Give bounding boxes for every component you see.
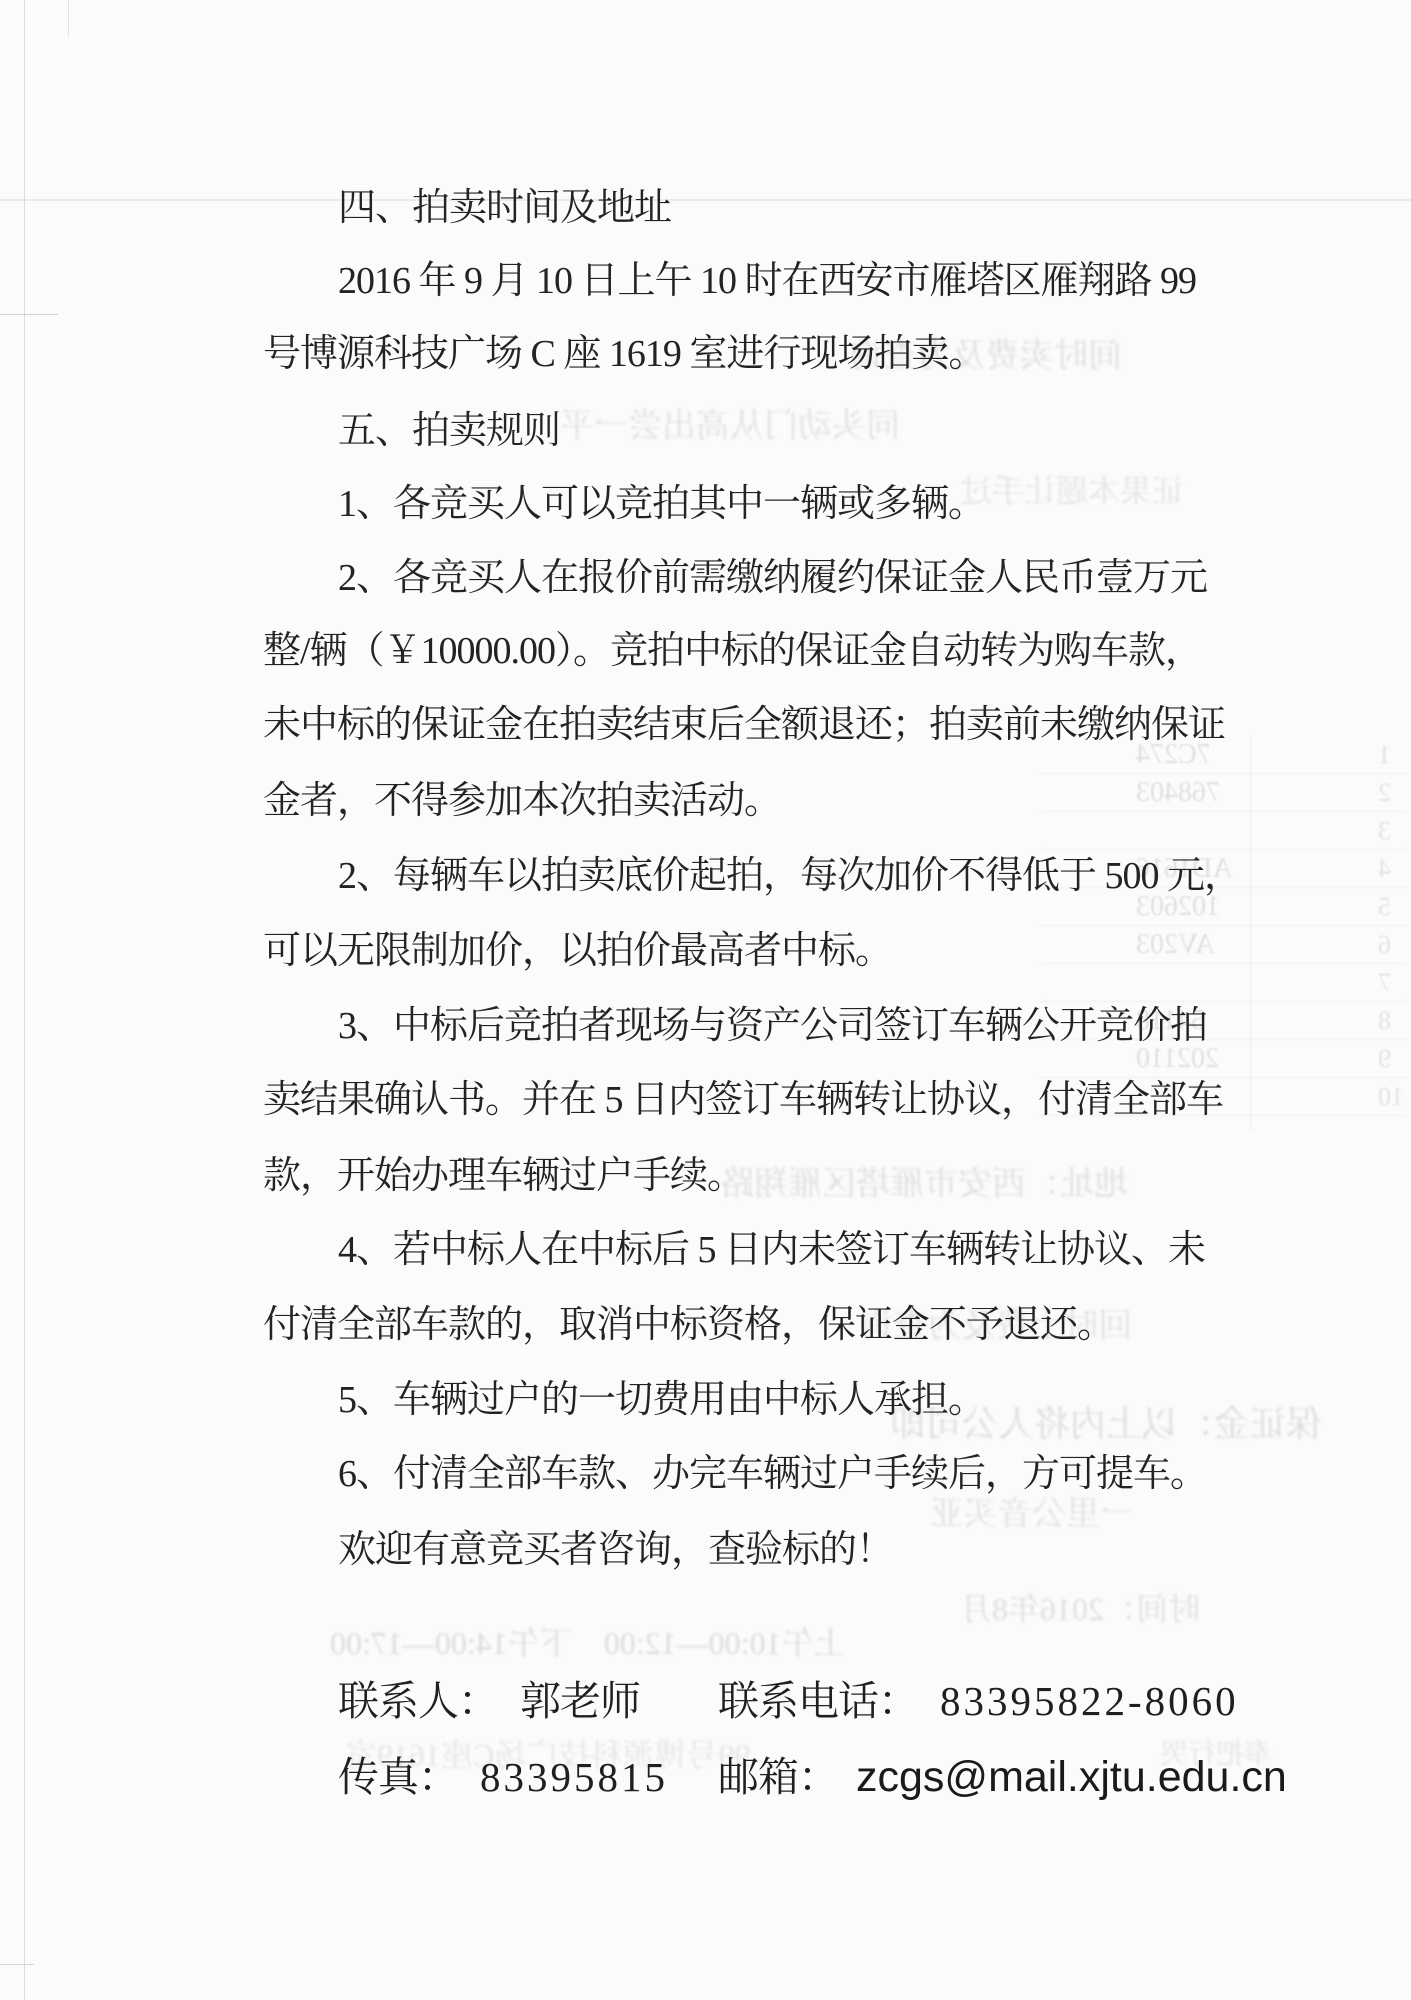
bleed-through-table-index: 10 bbox=[1378, 1082, 1404, 1112]
contact-person-value: 郭老师 bbox=[520, 1678, 640, 1724]
contact-person-label: 联系人： bbox=[338, 1678, 498, 1724]
contact-phone: 联系电话：83395822-8060 bbox=[718, 1668, 1239, 1727]
bleed-through-text: 地址：西安市雁塔区雁翔路 bbox=[720, 1156, 1128, 1205]
bleed-through-text: 上午10:00—12:00 下午14:00—17:00 bbox=[330, 1618, 846, 1664]
contact-fax: 传真：83395815 bbox=[338, 1744, 668, 1803]
text-line: 5、车辆过户的一切费用由中标人承担。 bbox=[338, 1379, 985, 1422]
scan-horizontal-mark bbox=[0, 1964, 34, 1965]
text-line: 2、每辆车以拍卖底价起拍，每次加价不得低于 500 元， bbox=[338, 855, 1241, 898]
bleed-through-table-index: 6 bbox=[1378, 930, 1391, 960]
scanned-document-page: 间时卖费及为查询同头动门从高出尝一平证果本题让手过地址：西安市雁塔区雁翔路回时土… bbox=[0, 0, 1411, 2000]
text-line: 未中标的保证金在拍卖结束后全额退还；拍卖前未缴纳保证 bbox=[263, 704, 1225, 747]
bleed-through-table-index: 3 bbox=[1378, 816, 1391, 846]
text-line: 号博源科技广场 C 座 1619 室进行现场拍卖。 bbox=[263, 333, 985, 376]
contact-email: 邮箱：zcgs@mail.xjtu.edu.cn bbox=[718, 1744, 1287, 1803]
text-line: 整/辆（￥10000.00）。竞拍中标的保证金自动转为购车款， bbox=[263, 630, 1202, 673]
contact-phone-value: 83395822-8060 bbox=[940, 1678, 1239, 1724]
text-line: 3、中标后竞拍者现场与资产公司签订车辆公开竞价拍 bbox=[338, 1005, 1207, 1048]
contact-fax-value: 83395815 bbox=[480, 1754, 668, 1800]
text-line: 款，开始办理车辆过户手续。 bbox=[263, 1155, 744, 1198]
bleed-through-table-index: 2 bbox=[1378, 778, 1391, 808]
text-line: 2、各竞买人在报价前需缴纳履约保证金人民币壹万元 bbox=[338, 557, 1207, 600]
contact-phone-label: 联系电话： bbox=[718, 1678, 918, 1724]
text-line: 五、拍卖规则 bbox=[338, 410, 560, 453]
text-line: 1、各竞买人可以竞拍其中一辆或多辆。 bbox=[338, 483, 985, 526]
bleed-through-table-index: 7 bbox=[1378, 968, 1391, 998]
scan-horizontal-streak bbox=[0, 199, 1411, 201]
bleed-through-table-index: 1 bbox=[1378, 740, 1391, 770]
bleed-through-table-index: 9 bbox=[1378, 1044, 1391, 1074]
text-line: 金者，不得参加本次拍卖活动。 bbox=[263, 780, 781, 823]
text-line: 6、付清全部车款、办完车辆过户手续后，方可提车。 bbox=[338, 1453, 1207, 1496]
bleed-through-text: 同头动门从高出尝一平 bbox=[560, 398, 900, 447]
contact-person: 联系人：郭老师 bbox=[338, 1668, 640, 1727]
text-line: 付清全部车款的，取消中标资格，保证金不予退还。 bbox=[263, 1304, 1114, 1347]
bleed-through-table-row: AV2036 bbox=[1040, 925, 1408, 964]
text-line: 欢迎有意竞买者咨询，查验标的！ bbox=[338, 1529, 893, 1572]
bleed-through-table-index: 4 bbox=[1378, 854, 1391, 884]
bleed-through-table: 7C274176840323AD161641026035AV2036754118… bbox=[1040, 735, 1408, 1131]
bleed-through-text: 证果本题让手过 bbox=[960, 466, 1184, 512]
bleed-through-table-code: AV203 bbox=[1136, 929, 1215, 961]
bleed-through-table-row: 7 bbox=[1040, 963, 1408, 1002]
text-line: 四、拍卖时间及地址 bbox=[338, 187, 671, 230]
text-line: 可以无限制加价，以拍价最高者中标。 bbox=[263, 930, 892, 973]
scan-horizontal-mark bbox=[0, 314, 58, 315]
bleed-through-table-index: 8 bbox=[1378, 1006, 1391, 1036]
bleed-through-table-row: 7684032 bbox=[1040, 773, 1408, 812]
bleed-through-table-index: 5 bbox=[1378, 892, 1391, 922]
text-line: 4、若中标人在中标后 5 日内未签订车辆转让协议、未 bbox=[338, 1229, 1205, 1272]
contact-fax-label: 传真： bbox=[338, 1754, 458, 1800]
bleed-through-text: 时间：2016年8月 bbox=[960, 1584, 1200, 1630]
contact-email-value: zcgs@mail.xjtu.edu.cn bbox=[856, 1753, 1287, 1801]
text-line: 卖结果确认书。并在 5 日内签订车辆转让协议，付清全部车 bbox=[263, 1079, 1223, 1122]
scan-edge-vertical-line bbox=[24, 0, 25, 2000]
contact-email-label: 邮箱： bbox=[718, 1754, 838, 1800]
bleed-through-table-code: 202110 bbox=[1136, 1043, 1219, 1075]
bleed-through-table-row: 3 bbox=[1040, 811, 1408, 850]
scan-edge-vertical-line-short bbox=[68, 0, 69, 36]
text-line: 2016 年 9 月 10 日上午 10 时在西安市雁塔区雁翔路 99 bbox=[338, 260, 1196, 303]
bleed-through-table-code: 768403 bbox=[1136, 777, 1220, 809]
